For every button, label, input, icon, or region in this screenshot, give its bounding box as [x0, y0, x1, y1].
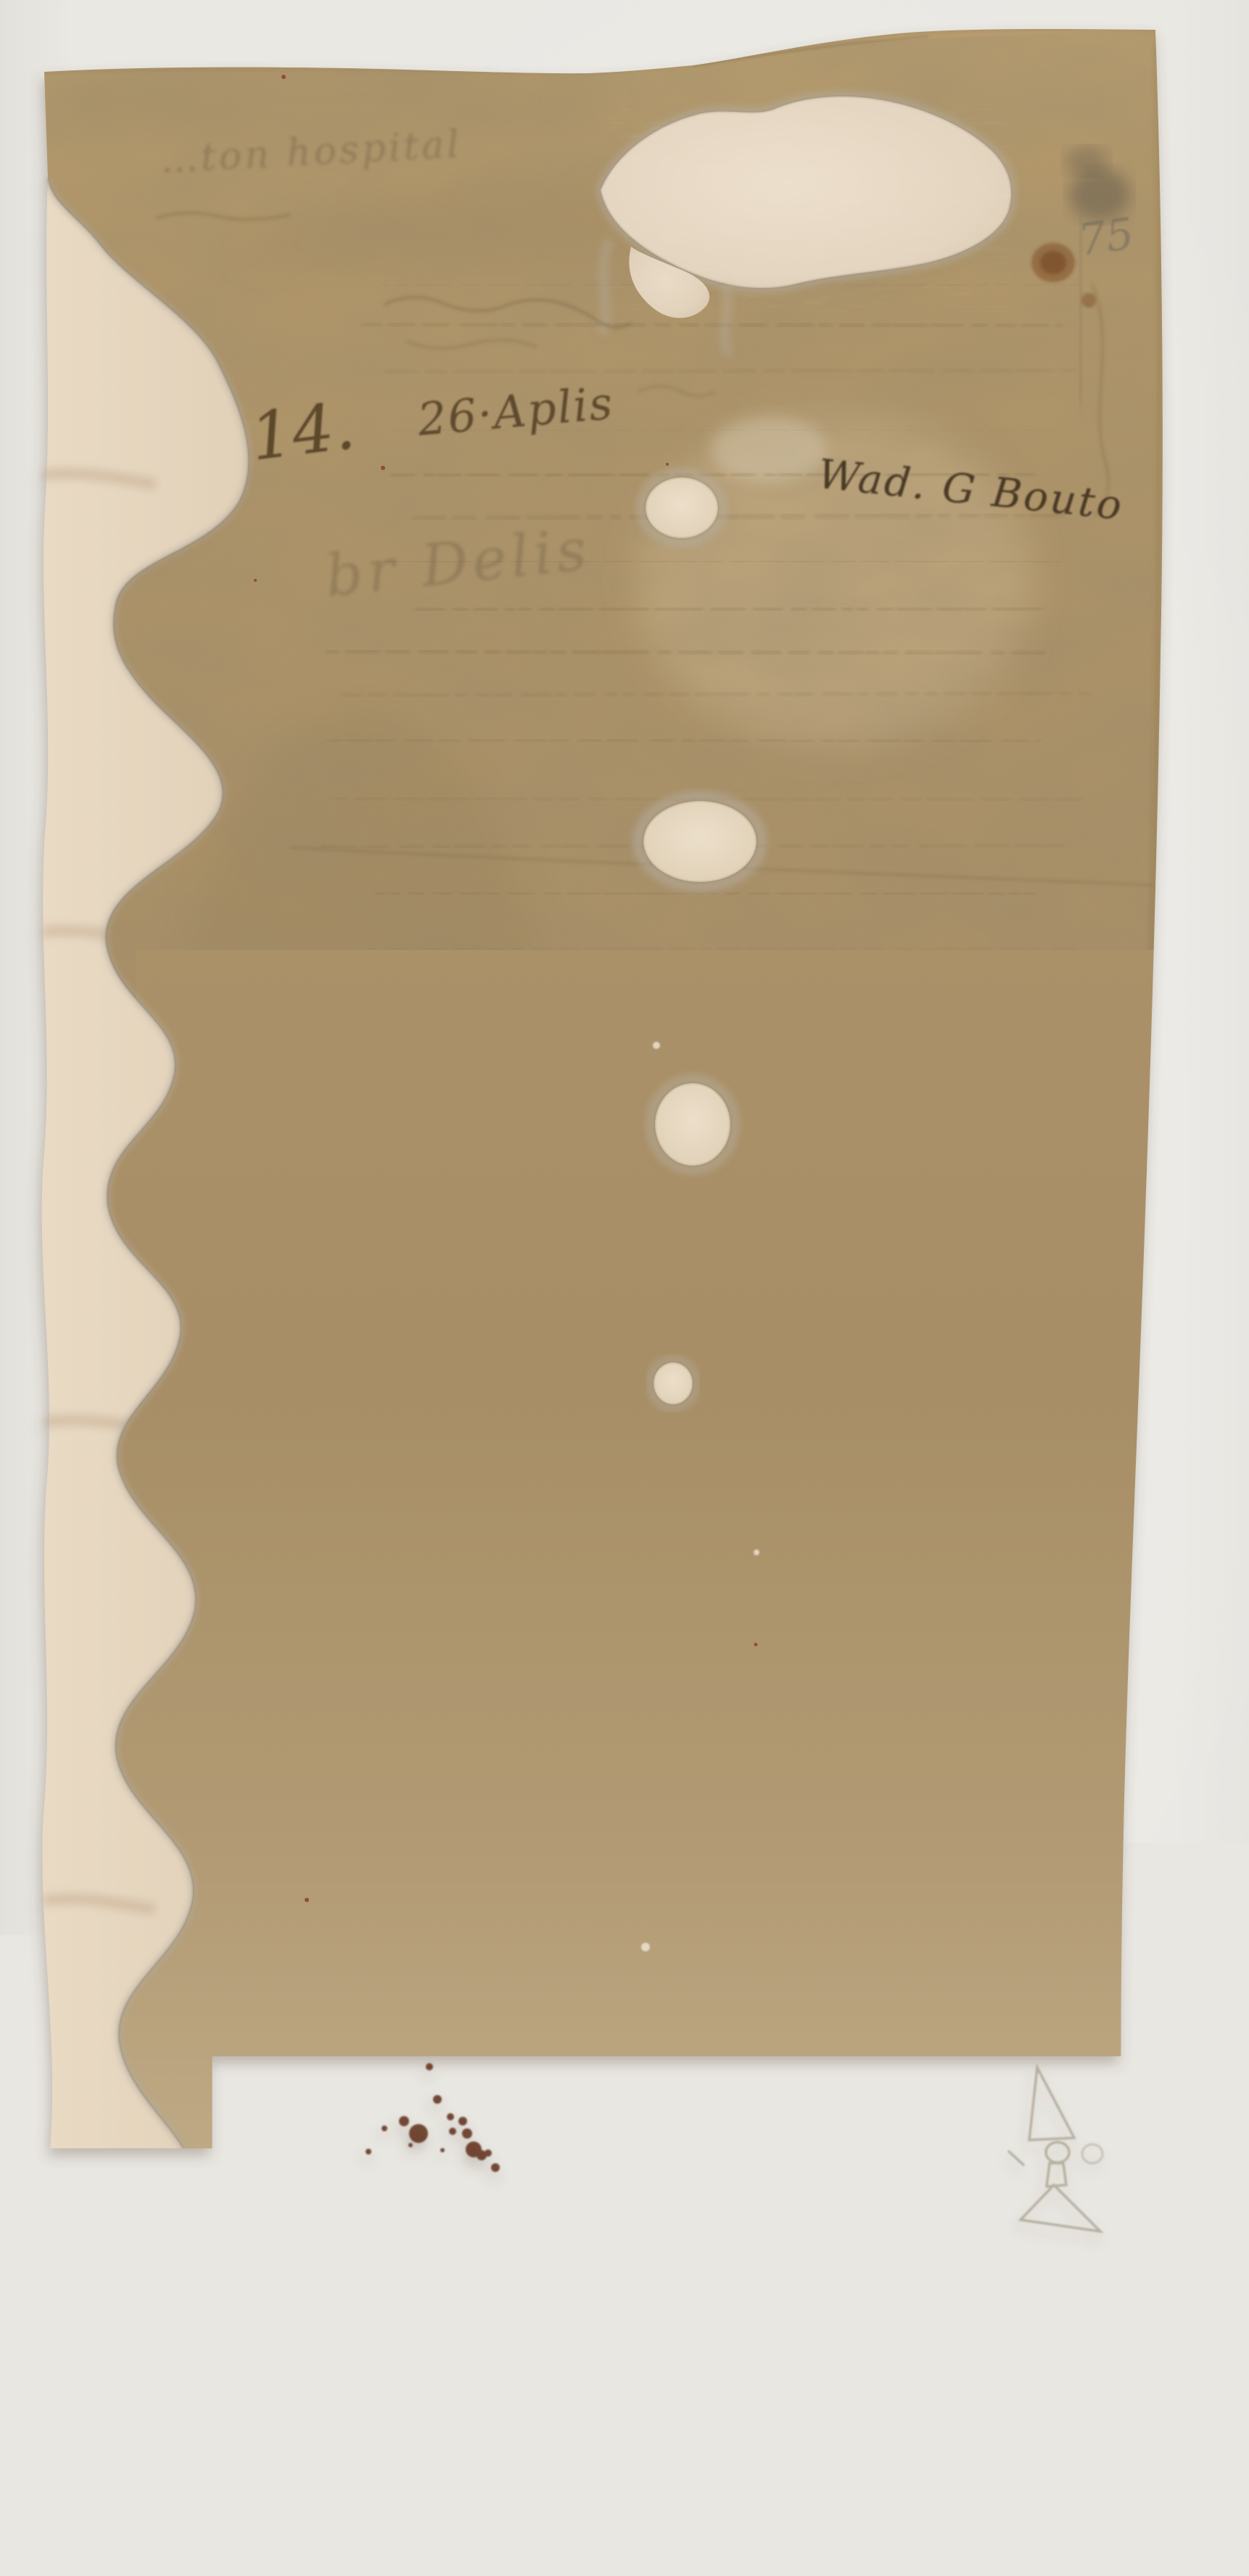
repair-hole	[641, 473, 722, 543]
repair-hole	[651, 1359, 696, 1407]
parchment-scan: …ton hospital 14. 26·Aplis Wad. G Bouto …	[0, 0, 1249, 2576]
repair-hole	[651, 1079, 735, 1169]
repair-hole	[638, 797, 762, 886]
pencil-number-inscription: 75	[1075, 208, 1137, 266]
parchment-sheet: …ton hospital 14. 26·Aplis Wad. G Bouto …	[42, 29, 1190, 2532]
scan-background: …ton hospital 14. 26·Aplis Wad. G Bouto …	[0, 0, 1249, 2576]
folio-number-inscription: 14.	[247, 387, 359, 476]
